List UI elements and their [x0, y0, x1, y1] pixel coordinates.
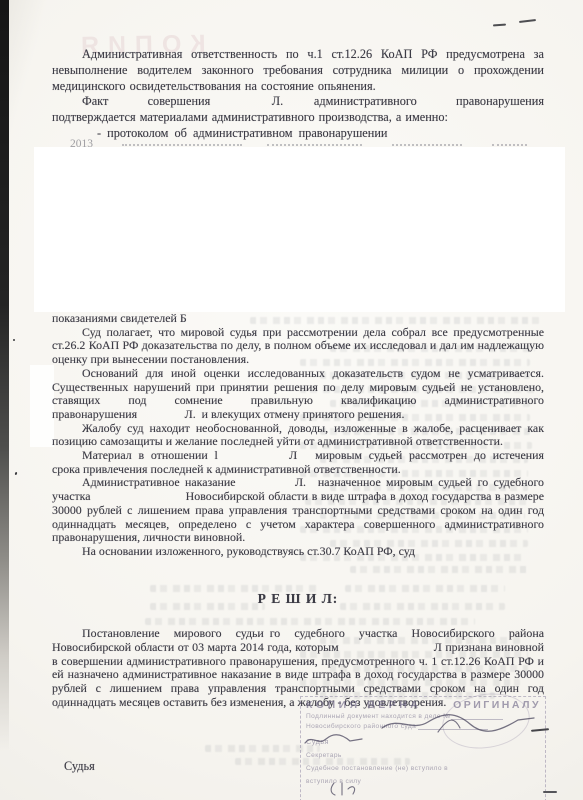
scan-speck — [15, 472, 18, 476]
document-body-middle: показаниями свидетелей Б Суд полагает, ч… — [52, 312, 544, 559]
judge-signature-scribble — [302, 732, 366, 748]
paragraph-penalty: Административное наказание Л. назначенно… — [52, 476, 544, 545]
scanned-court-decision-page: КОПИЯ Административная ответственность п… — [0, 0, 583, 800]
remnant-smudge — [392, 144, 462, 146]
remnant-smudge — [267, 144, 362, 146]
remnant-fragment: 2013 — [70, 139, 93, 147]
paragraph-fact: Факт совершения Л. административного пра… — [52, 94, 544, 126]
bleedthrough-artifact — [145, 618, 475, 625]
handwritten-mark — [326, 780, 360, 798]
scan-speck — [13, 339, 15, 341]
redacted-line-remnant: 2013 — [52, 139, 544, 147]
paragraph-no-grounds: Оснований для иной оценки исследованных … — [52, 367, 544, 422]
paragraph-liability: Административная ответственность по ч.1 … — [52, 47, 544, 94]
pen-dash — [493, 24, 506, 27]
signature-scribble — [378, 708, 538, 736]
remnant-smudge — [122, 144, 242, 146]
certification-stamp: КОПИЯ ВЕРНА ОРИГИНАЛУ Подлинный документ… — [300, 696, 546, 800]
pen-dash — [543, 791, 557, 793]
redaction-box-edge — [30, 365, 54, 447]
paragraph-term: Материал в отношении l Л мировым судьей … — [52, 449, 544, 476]
bleedthrough-artifact — [350, 566, 530, 573]
paragraph-witnesses: показаниями свидетелей Б — [52, 312, 544, 326]
judge-label: Судья — [64, 759, 95, 774]
paragraph-basis: На основании изложенного, руководствуясь… — [52, 545, 544, 559]
stamp-secretary-line: Секретарь — [306, 752, 342, 759]
remnant-smudge — [492, 144, 527, 146]
scan-edge-strip — [0, 0, 9, 800]
paragraph-complaint-unfounded: Жалобу суд находит необоснованной, довод… — [52, 422, 544, 449]
document-body-top: Административная ответственность по ч.1 … — [52, 47, 544, 142]
redaction-box — [34, 147, 565, 312]
stamp-ruling-line: Судебное постановление (не) вступило в — [306, 765, 448, 772]
paragraph-court-opinion: Суд полагает, что мировой судья при расс… — [52, 326, 544, 367]
resolution-heading: Р Е Ш И Л: — [52, 591, 544, 607]
pen-dash — [519, 19, 536, 23]
